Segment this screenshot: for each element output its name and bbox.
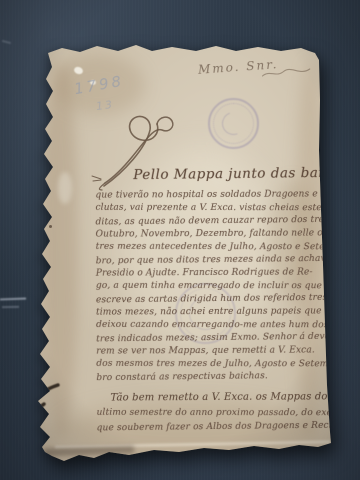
manuscript-line: Outubro, Novembro, Dezembro, faltando ne… [96, 228, 343, 239]
manuscript-line: rem se ver nos Mappas, que remetti a V. … [96, 345, 315, 356]
manuscript-line: dos mesmos tres mezes de Julho, Agosto e… [96, 359, 331, 369]
manuscript-line: bro constará as respectivas baichas. [96, 371, 268, 383]
paper-damage-spot [58, 172, 72, 204]
manuscript-line: clutas, vai prezente a V. Exca. vistas c… [95, 203, 343, 213]
paper-speck [49, 225, 52, 228]
manuscript-page-wrap: 1798 13 Mmo. Snr. Pello [0, 0, 360, 480]
manuscript-line: ditas, as quaes não devem cauzar reparo … [96, 214, 360, 227]
manuscript-line: escreve as cartas dirigida hum dos refer… [96, 293, 343, 306]
manuscript-line: Presidio o Ajudte. Francisco Rodrigues d… [96, 267, 313, 278]
manuscript-line: timos mezes, não achei entre alguns pape… [96, 306, 339, 317]
manuscript-opening-line: Pello Mappa junto das baichas [133, 165, 356, 184]
manuscript-line: deixou cazando emcarregando-me antes hum… [96, 320, 329, 330]
photo-of-manuscript: 1798 13 Mmo. Snr. Pello [0, 0, 360, 480]
circular-stamp-icon [208, 98, 259, 149]
manuscript-body: Pello Mappa junto das baichas que tiverã… [93, 165, 330, 446]
manuscript-line: tres indicados mezes; assim Exmo. Senhor… [96, 332, 333, 345]
ink-smudge [30, 382, 62, 410]
manuscript-line: que souberem fazer os Albos dos Dragoens… [97, 421, 335, 434]
manuscript-line: tres mezes antecedentes de Julho, Agosto… [96, 242, 337, 252]
manuscript-line: Tão bem remetto a V. Exca. os Mappas do [110, 391, 327, 403]
manuscript-line: go, a quem tinha emcarregado de incluir … [96, 281, 335, 291]
manuscript-line: bro, por que nos ditos tres mezes ainda … [96, 253, 360, 266]
manuscript-line: que tiverão no hospital os soldados Drag… [95, 189, 336, 200]
torn-edge-shadow [44, 445, 134, 456]
manuscript-line: ultimo semestre do anno proximo passado,… [97, 408, 359, 418]
manuscript-page: 1798 13 Mmo. Snr. Pello [0, 0, 360, 480]
